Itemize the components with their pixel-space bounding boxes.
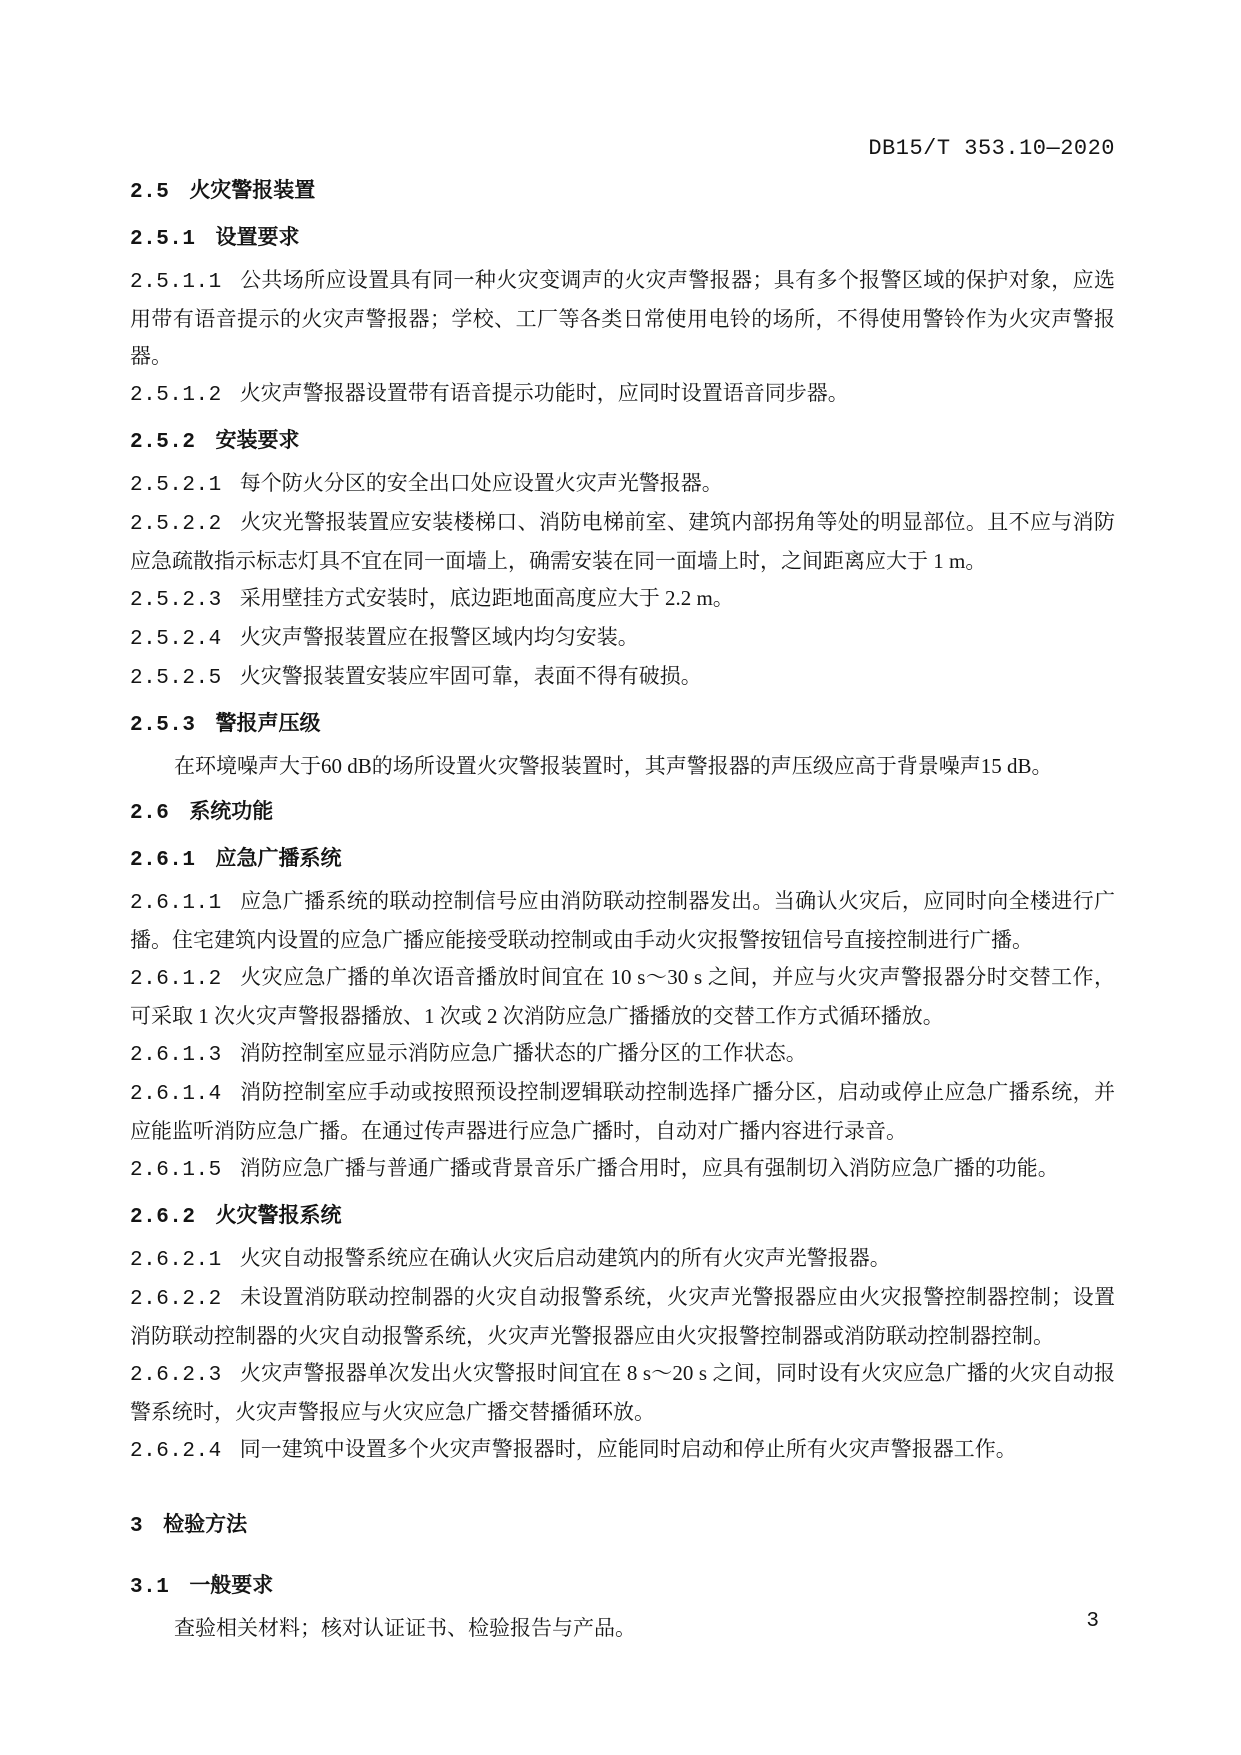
clause-2-6-2-4: 2.6.2.4同一建筑中设置多个火灾声警报器时，应能同时启动和停止所有火灾声警报… bbox=[130, 1431, 1115, 1470]
section-heading-2-6-1: 2.6.1应急广播系统 bbox=[130, 840, 1115, 879]
clause-number: 2.6.1.3 bbox=[130, 1044, 222, 1067]
clause-text: 同一建筑中设置多个火灾声警报器时，应能同时启动和停止所有火灾声警报器工作。 bbox=[240, 1437, 1017, 1461]
heading-title: 应急广播系统 bbox=[216, 846, 342, 870]
clause-number: 2.5.2.1 bbox=[130, 474, 222, 497]
section-heading-3-1: 3.1一般要求 bbox=[130, 1567, 1115, 1606]
clause-number: 2.6.1.4 bbox=[130, 1083, 222, 1106]
clause-number: 2.5.2.2 bbox=[130, 513, 222, 536]
heading-title: 安装要求 bbox=[216, 428, 300, 452]
clause-number: 2.5.2.4 bbox=[130, 628, 222, 651]
heading-title: 火灾警报系统 bbox=[216, 1203, 342, 1227]
clause-number: 2.6.1.2 bbox=[130, 968, 222, 991]
para-sound-pressure: 在环境噪声大于60 dB的场所设置火灾警报装置时，其声警报器的声压级应高于背景噪… bbox=[130, 748, 1115, 785]
clause-number: 2.6.1.1 bbox=[130, 892, 222, 915]
heading-title: 警报声压级 bbox=[216, 711, 321, 735]
clause-number: 2.5.2.5 bbox=[130, 667, 222, 690]
heading-title: 一般要求 bbox=[189, 1573, 273, 1597]
clause-text: 火灾应急广播的单次语音播放时间宜在 10 s～30 s 之间，并应与火灾声警报器… bbox=[130, 965, 1115, 1028]
clause-2-5-2-3: 2.5.2.3采用壁挂方式安装时，底边距地面高度应大于 2.2 m。 bbox=[130, 580, 1115, 619]
clause-text: 火灾声警报器设置带有语音提示功能时，应同时设置语音同步器。 bbox=[240, 381, 849, 405]
clause-text: 公共场所应设置具有同一种火灾变调声的火灾声警报器；具有多个报警区域的保护对象，应… bbox=[130, 268, 1115, 368]
clause-2-5-1-2: 2.5.1.2火灾声警报器设置带有语音提示功能时，应同时设置语音同步器。 bbox=[130, 375, 1115, 414]
clause-number: 2.6.2.2 bbox=[130, 1288, 222, 1311]
clause-text: 每个防火分区的安全出口处应设置火灾声光警报器。 bbox=[240, 471, 723, 495]
standard-code-header: DB15/T 353.10—2020 bbox=[130, 136, 1115, 162]
heading-number: 2.5 bbox=[130, 181, 169, 204]
document-page: DB15/T 353.10—2020 2.5火灾警报装置 2.5.1设置要求 2… bbox=[0, 0, 1241, 1755]
clause-number: 2.6.2.1 bbox=[130, 1249, 222, 1272]
clause-2-5-1-1: 2.5.1.1公共场所应设置具有同一种火灾变调声的火灾声警报器；具有多个报警区域… bbox=[130, 262, 1115, 375]
page-number: 3 bbox=[1086, 1610, 1099, 1633]
clause-text: 火灾声警报器单次发出火灾警报时间宜在 8 s～20 s 之间，同时设有火灾应急广… bbox=[130, 1361, 1115, 1424]
heading-title: 火灾警报装置 bbox=[189, 178, 315, 202]
clause-2-6-1-1: 2.6.1.1应急广播系统的联动控制信号应由消防联动控制器发出。当确认火灾后，应… bbox=[130, 883, 1115, 959]
heading-number: 2.6 bbox=[130, 802, 169, 825]
section-heading-2-6-2: 2.6.2火灾警报系统 bbox=[130, 1197, 1115, 1236]
heading-number: 3.1 bbox=[130, 1576, 169, 1599]
clause-2-6-1-3: 2.6.1.3消防控制室应显示消防应急广播状态的广播分区的工作状态。 bbox=[130, 1035, 1115, 1074]
clause-2-6-2-1: 2.6.2.1火灾自动报警系统应在确认火灾后启动建筑内的所有火灾声光警报器。 bbox=[130, 1240, 1115, 1279]
section-heading-2-5-3: 2.5.3警报声压级 bbox=[130, 705, 1115, 744]
clause-2-6-2-3: 2.6.2.3火灾声警报器单次发出火灾警报时间宜在 8 s～20 s 之间，同时… bbox=[130, 1355, 1115, 1431]
heading-number: 2.6.2 bbox=[130, 1206, 196, 1229]
clause-number: 2.6.2.3 bbox=[130, 1364, 222, 1387]
clause-2-5-2-2: 2.5.2.2火灾光警报装置应安装楼梯口、消防电梯前室、建筑内部拐角等处的明显部… bbox=[130, 504, 1115, 580]
heading-number: 2.5.3 bbox=[130, 714, 196, 737]
clause-text: 采用壁挂方式安装时，底边距地面高度应大于 2.2 m。 bbox=[240, 586, 734, 610]
clause-text: 火灾警报装置安装应牢固可靠，表面不得有破损。 bbox=[240, 664, 702, 688]
clause-2-5-2-5: 2.5.2.5火灾警报装置安装应牢固可靠，表面不得有破损。 bbox=[130, 658, 1115, 697]
clause-number: 2.5.1.2 bbox=[130, 384, 222, 407]
heading-title: 系统功能 bbox=[189, 799, 273, 823]
clause-number: 2.6.1.5 bbox=[130, 1159, 222, 1182]
section-heading-2-5-1: 2.5.1设置要求 bbox=[130, 219, 1115, 258]
clause-text: 消防控制室应显示消防应急广播状态的广播分区的工作状态。 bbox=[240, 1041, 807, 1065]
heading-number: 2.6.1 bbox=[130, 849, 196, 872]
section-heading-2-6: 2.6系统功能 bbox=[130, 793, 1115, 832]
clause-text: 消防应急广播与普通广播或背景音乐广播合用时，应具有强制切入消防应急广播的功能。 bbox=[240, 1156, 1059, 1180]
clause-2-5-2-4: 2.5.2.4火灾声警报装置应在报警区域内均匀安装。 bbox=[130, 619, 1115, 658]
clause-text: 火灾自动报警系统应在确认火灾后启动建筑内的所有火灾声光警报器。 bbox=[240, 1246, 891, 1270]
clause-2-6-1-2: 2.6.1.2火灾应急广播的单次语音播放时间宜在 10 s～30 s 之间，并应… bbox=[130, 959, 1115, 1035]
clause-text: 应急广播系统的联动控制信号应由消防联动控制器发出。当确认火灾后，应同时向全楼进行… bbox=[130, 889, 1115, 952]
chapter-heading-3: 3检验方法 bbox=[130, 1506, 1115, 1545]
clause-text: 未设置消防联动控制器的火灾自动报警系统，火灾声光警报器应由火灾报警控制器控制；设… bbox=[130, 1285, 1115, 1348]
clause-text: 消防控制室应手动或按照预设控制逻辑联动控制选择广播分区，启动或停止应急广播系统，… bbox=[130, 1080, 1115, 1143]
heading-number: 3 bbox=[130, 1515, 143, 1538]
heading-title: 检验方法 bbox=[163, 1512, 247, 1536]
heading-number: 2.5.1 bbox=[130, 228, 196, 251]
section-heading-2-5: 2.5火灾警报装置 bbox=[130, 172, 1115, 211]
clause-2-6-2-2: 2.6.2.2未设置消防联动控制器的火灾自动报警系统，火灾声光警报器应由火灾报警… bbox=[130, 1279, 1115, 1355]
clause-text: 火灾光警报装置应安装楼梯口、消防电梯前室、建筑内部拐角等处的明显部位。且不应与消… bbox=[130, 510, 1115, 573]
heading-title: 设置要求 bbox=[216, 225, 300, 249]
section-heading-2-5-2: 2.5.2安装要求 bbox=[130, 422, 1115, 461]
clause-number: 2.5.1.1 bbox=[130, 271, 222, 294]
clause-text: 火灾声警报装置应在报警区域内均匀安装。 bbox=[240, 625, 639, 649]
clause-number: 2.5.2.3 bbox=[130, 589, 222, 612]
clause-2-6-1-4: 2.6.1.4消防控制室应手动或按照预设控制逻辑联动控制选择广播分区，启动或停止… bbox=[130, 1074, 1115, 1150]
para-general-requirement: 查验相关材料；核对认证证书、检验报告与产品。 bbox=[130, 1610, 1115, 1647]
heading-number: 2.5.2 bbox=[130, 431, 196, 454]
clause-number: 2.6.2.4 bbox=[130, 1440, 222, 1463]
clause-2-5-2-1: 2.5.2.1每个防火分区的安全出口处应设置火灾声光警报器。 bbox=[130, 465, 1115, 504]
clause-2-6-1-5: 2.6.1.5消防应急广播与普通广播或背景音乐广播合用时，应具有强制切入消防应急… bbox=[130, 1150, 1115, 1189]
